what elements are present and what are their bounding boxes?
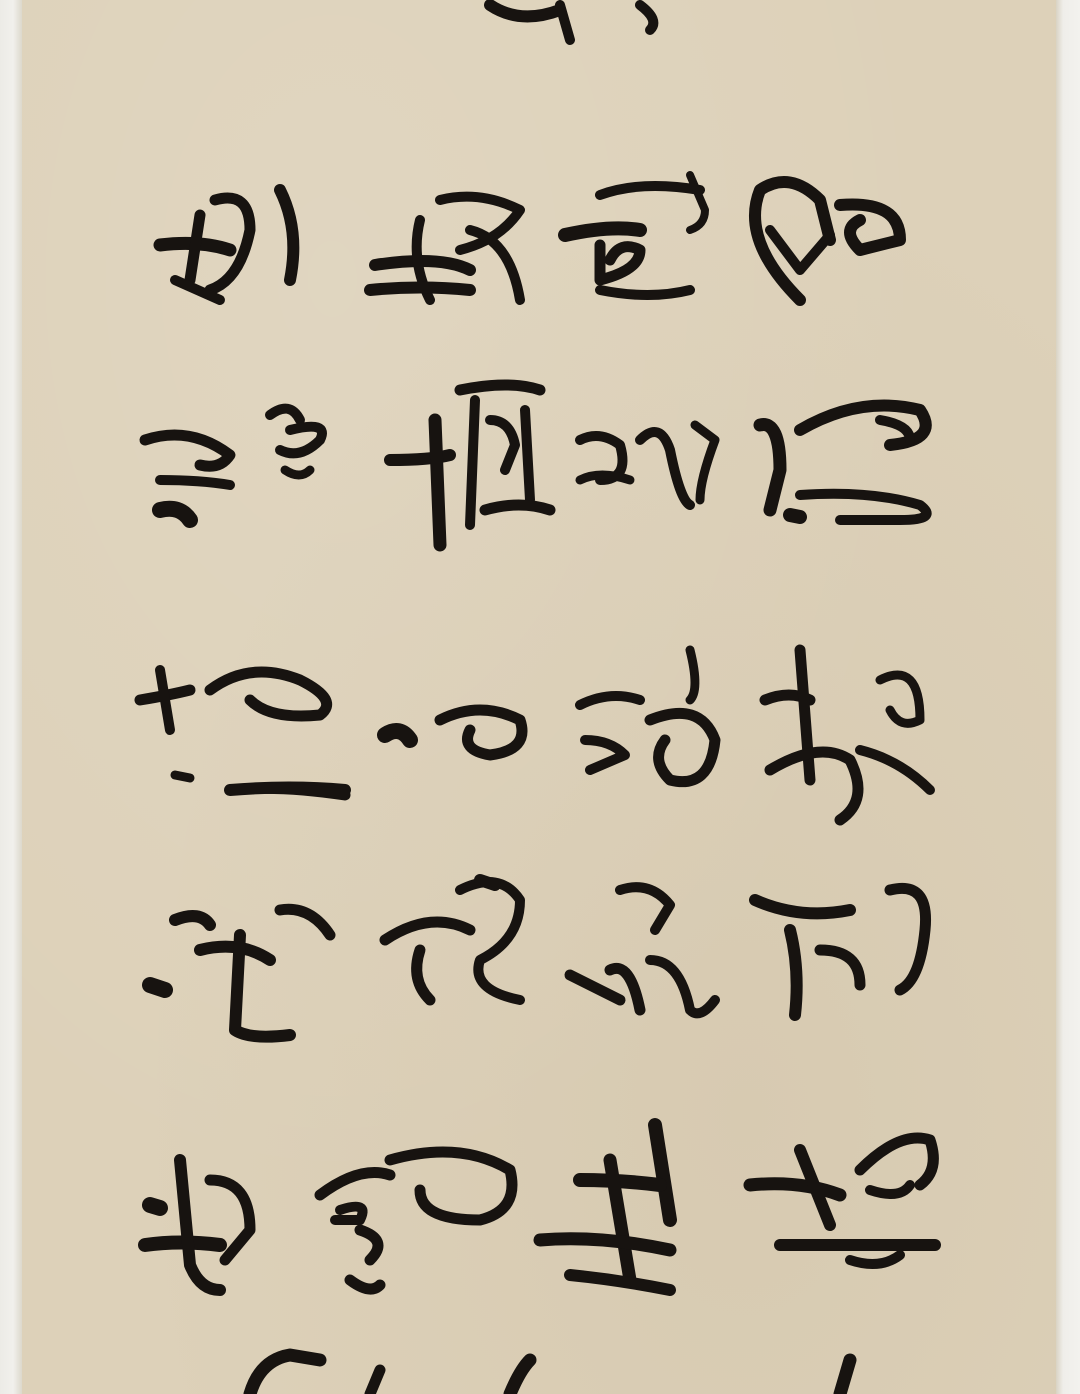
char-col4-row1: [160, 190, 293, 300]
char-col2-row1: [565, 175, 705, 295]
char-col2-row2: [580, 425, 715, 505]
calligraphy-scroll: Chinese cursive calligraphy scroll (caos…: [0, 0, 1080, 1394]
char-col4-row4: [150, 909, 330, 1036]
calligraphy-ink: [0, 0, 1080, 1394]
char-col1-row1: [755, 182, 900, 300]
char-col3-row3: [230, 710, 522, 790]
char-col3-row1: [370, 197, 520, 300]
char-col3-row2: [390, 385, 550, 545]
char-col1-row5: [750, 1138, 935, 1264]
char-col4-row3: [140, 670, 345, 795]
char-col3-row4: [385, 880, 520, 1000]
char-col3-row5: [320, 1152, 512, 1289]
char-top-partial: [490, 5, 653, 40]
char-col4-row5: [145, 1160, 250, 1290]
char-col2-row3: [580, 650, 715, 782]
char-col1-row4: [755, 888, 926, 1015]
char-col1-row2: [760, 406, 927, 521]
char-col4-row2: [145, 409, 322, 520]
char-col1-row3: [765, 650, 930, 820]
char-bottom-partial: [250, 1355, 850, 1394]
char-col2-row5: [540, 1125, 670, 1290]
char-col2-row4: [570, 887, 715, 1013]
